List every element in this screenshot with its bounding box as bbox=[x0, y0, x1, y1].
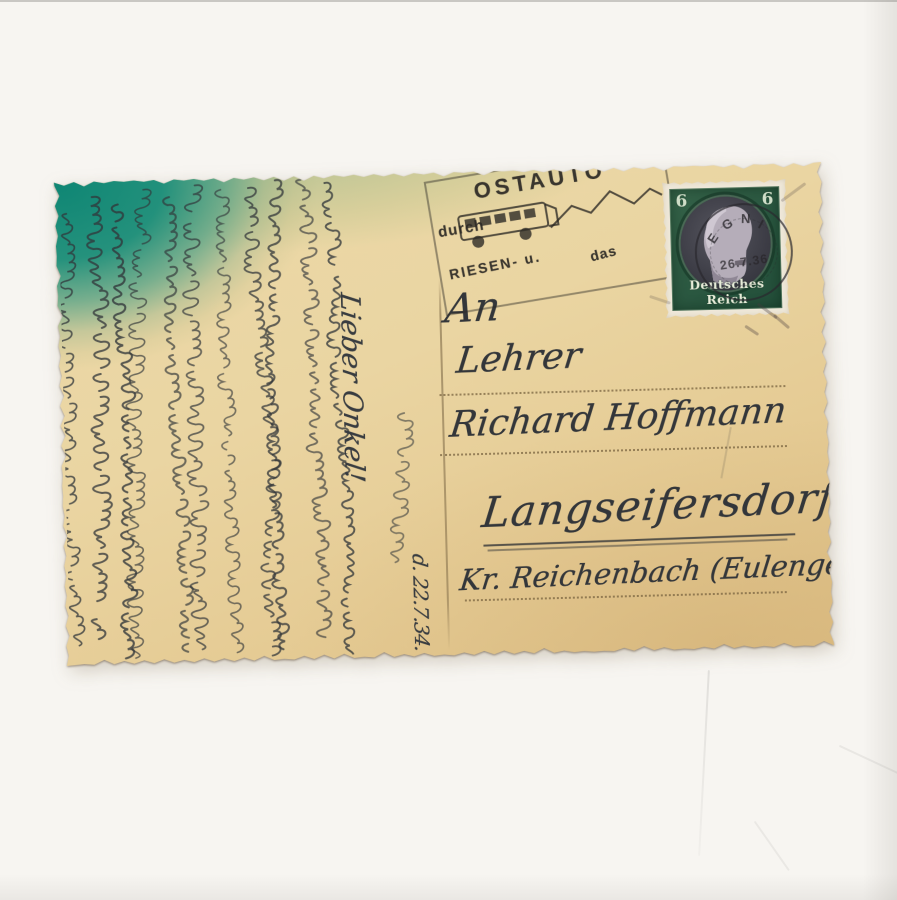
dateline-handwriting: d. 22.7.34. bbox=[408, 553, 435, 653]
cds-town-letter: I bbox=[756, 217, 766, 232]
slogan-postmark: OSTAUTO durch RIESEN- u. bbox=[421, 140, 687, 319]
message-handwriting bbox=[58, 174, 442, 662]
scribble-line bbox=[213, 189, 244, 652]
address-dotted-line-2 bbox=[440, 445, 787, 456]
pencil-scratch bbox=[720, 427, 731, 478]
scribble-line bbox=[117, 189, 163, 658]
cds-town-letter: G bbox=[719, 215, 735, 233]
salutation-handwriting: Lieber Onkel! bbox=[334, 291, 370, 484]
address-town: Langseifersdorf bbox=[479, 473, 837, 538]
scanned-postcard-back: { "message_side": { "salutation": "Liebe… bbox=[0, 0, 897, 900]
cds-date: 26.7.36 bbox=[697, 248, 792, 276]
scribble-line bbox=[58, 214, 86, 646]
scribble-line bbox=[260, 180, 295, 650]
ink-smear bbox=[745, 325, 760, 336]
scan-shading-bottom bbox=[0, 874, 897, 900]
postcard: Lieber Onkel! d. 22.7.34. An Lehrer Rich… bbox=[54, 162, 834, 666]
ink-smear bbox=[773, 314, 790, 329]
address-recipient-title: Lehrer bbox=[454, 335, 583, 382]
scribble-line bbox=[296, 179, 333, 644]
scribble-line bbox=[387, 413, 416, 563]
address-recipient-name: Richard Hoffmann bbox=[448, 390, 789, 446]
cds-town-letter: N bbox=[741, 211, 751, 226]
postcard-back: Lieber Onkel! d. 22.7.34. An Lehrer Rich… bbox=[54, 162, 834, 666]
crease-line bbox=[754, 821, 790, 871]
scribble-line bbox=[242, 187, 285, 656]
scanner-edge-line bbox=[0, 0, 897, 2]
crease-line bbox=[698, 670, 710, 856]
scribble-line bbox=[81, 196, 118, 645]
address-district: Kr. Reichenbach (Eulengeb.) bbox=[458, 545, 884, 597]
cds-town-letter: E bbox=[704, 231, 721, 247]
